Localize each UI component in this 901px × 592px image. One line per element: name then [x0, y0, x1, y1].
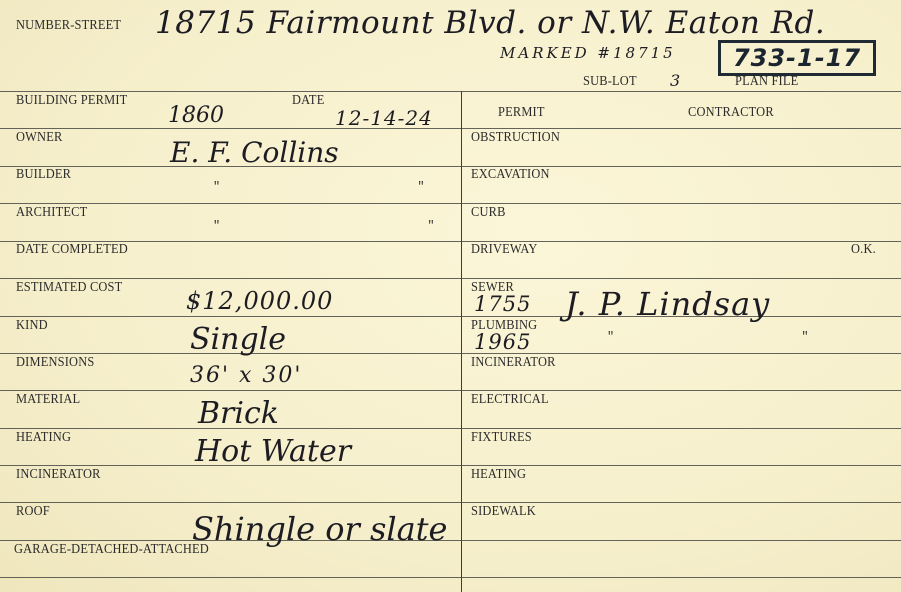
sidewalk-label: SIDEWALK	[471, 503, 536, 519]
heating-value: Hot Water	[195, 434, 351, 469]
permit-column-header: PERMIT	[498, 104, 545, 120]
rule	[0, 428, 901, 429]
roof-value: Shingle or slate	[192, 510, 447, 548]
dimensions-value: 36' x 30'	[190, 363, 302, 388]
incinerator-label: INCINERATOR	[16, 466, 101, 482]
marked-note: MARKED #18715	[500, 44, 676, 62]
building-permit-label: BUILDING PERMIT	[16, 92, 127, 108]
rule	[0, 278, 901, 279]
heating-label: HEATING	[16, 429, 71, 445]
builder-ditto: " "	[213, 180, 520, 194]
dimensions-label: DIMENSIONS	[16, 354, 94, 370]
date-label: DATE	[292, 92, 324, 108]
rule	[0, 91, 901, 92]
electrical-label: ELECTRICAL	[471, 391, 549, 407]
sewer-contractor: J. P. Lindsay	[565, 285, 770, 323]
rule	[0, 241, 901, 242]
rule	[0, 128, 901, 129]
permit-card: NUMBER-STREET 18715 Fairmount Blvd. or N…	[0, 0, 901, 592]
rule	[0, 577, 901, 578]
material-label: MATERIAL	[16, 391, 80, 407]
rule	[0, 203, 901, 204]
rule	[0, 502, 901, 503]
obstruction-label: OBSTRUCTION	[471, 129, 560, 145]
rule	[0, 166, 901, 167]
column-divider	[461, 91, 462, 592]
curb-label: CURB	[471, 204, 506, 220]
plumbing-permit-number: 1965	[474, 330, 531, 354]
right-incinerator-label: INCINERATOR	[471, 354, 556, 370]
sewer-permit-number: 1755	[474, 292, 531, 316]
kind-value: Single	[190, 322, 286, 357]
number-street-value: 18715 Fairmount Blvd. or N.W. Eaton Rd.	[155, 5, 825, 41]
architect-ditto: " "	[213, 219, 535, 233]
estimated-cost-value: $12,000.00	[186, 287, 333, 315]
right-heating-label: HEATING	[471, 466, 526, 482]
owner-value: E. F. Collins	[170, 136, 339, 169]
rule	[0, 390, 901, 391]
rule	[0, 465, 901, 466]
sub-lot-label: SUB-LOT	[583, 73, 637, 89]
plumbing-contractor-ditto: " "	[607, 330, 899, 344]
plan-file-stamp: 733-1-17	[718, 40, 876, 76]
excavation-label: EXCAVATION	[471, 166, 550, 182]
plan-file-label: PLAN FILE	[735, 73, 798, 89]
number-street-label: NUMBER-STREET	[16, 17, 121, 33]
garage-label: GARAGE-DETACHED-ATTACHED	[14, 541, 209, 557]
estimated-cost-label: ESTIMATED COST	[16, 279, 122, 295]
owner-label: OWNER	[16, 129, 62, 145]
date-completed-label: DATE COMPLETED	[16, 241, 128, 257]
sub-lot-value: 3	[670, 71, 680, 90]
contractor-column-header: CONTRACTOR	[688, 104, 774, 120]
roof-label: ROOF	[16, 503, 50, 519]
architect-label: ARCHITECT	[16, 204, 87, 220]
date-value: 12-14-24	[335, 106, 433, 130]
kind-label: KIND	[16, 317, 48, 333]
material-value: Brick	[198, 396, 279, 431]
rule	[0, 353, 901, 354]
driveway-status: O.K.	[851, 241, 876, 257]
driveway-label: DRIVEWAY	[471, 241, 538, 257]
builder-label: BUILDER	[16, 166, 71, 182]
fixtures-label: FIXTURES	[471, 429, 532, 445]
building-permit-value: 1860	[168, 103, 224, 128]
